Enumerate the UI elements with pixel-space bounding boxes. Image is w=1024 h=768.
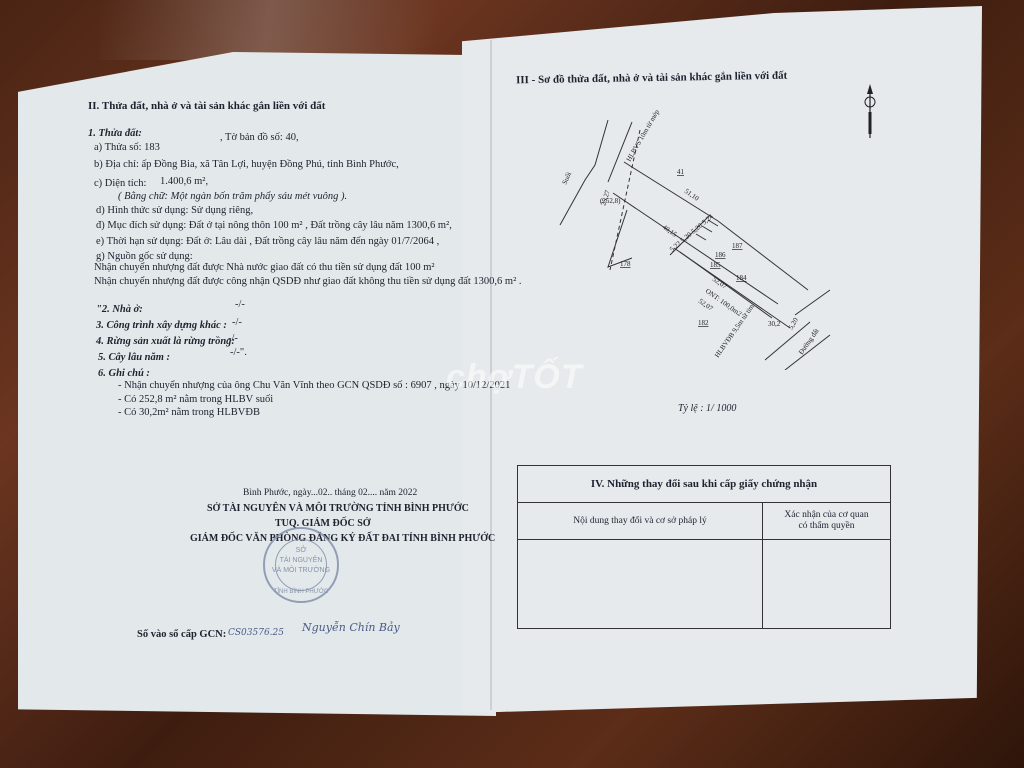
svg-text:186: 186 — [715, 251, 726, 259]
item-house-value: -/- — [235, 299, 245, 311]
usage-term: e) Thời hạn sử dụng: Đất ở: Lâu dài , Đấ… — [96, 236, 439, 248]
signing-date: Bình Phước, ngày...02.. tháng 02.... năm… — [243, 487, 417, 499]
origin-line-1: Nhận chuyển nhượng đất được Nhà nước gia… — [94, 262, 435, 274]
notes-title: 6. Ghi chú : — [98, 368, 150, 380]
changes-table-title: IV. Những thay đổi sau khi cấp giấy chứn… — [518, 466, 890, 503]
issuing-agency: SỞ TÀI NGUYÊN VÀ MÔI TRƯỜNG TỈNH BÌNH PH… — [207, 503, 469, 515]
svg-text:178: 178 — [620, 260, 631, 268]
area-label: c) Diện tích: — [94, 178, 146, 190]
item-construction-value: -/- — [232, 317, 242, 329]
change-content-cell — [518, 540, 763, 628]
svg-text:5,20: 5,20 — [787, 316, 800, 331]
changes-table: IV. Những thay đổi sau khi cấp giấy chứn… — [517, 465, 891, 629]
svg-text:185: 185 — [710, 261, 721, 269]
svg-text:HLBVS 10m từ mép: HLBVS 10m từ mép — [625, 108, 661, 163]
item-construction-label: 3. Công trình xây dựng khác : — [96, 320, 227, 332]
item-perennial-value: -/-". — [230, 347, 247, 359]
item-forest-label: 4. Rừng sản xuất là rừng trồng: — [96, 336, 235, 348]
note-2: - Có 252,8 m² nằm trong HLBV suối — [118, 394, 273, 406]
svg-text:30,2: 30,2 — [768, 320, 781, 328]
table-glare — [100, 0, 520, 60]
item-house-label: "2. Nhà ở: — [96, 304, 143, 316]
scale-label: Tỷ lệ : 1/ 1000 — [678, 403, 736, 415]
changes-table-header: Nội dung thay đổi và cơ sở pháp lý Xác n… — [518, 503, 890, 540]
chotot-watermark: chợTỐT — [446, 358, 583, 397]
usage-purpose: đ) Mục đích sử dụng: Đất ở tại nông thôn… — [96, 220, 452, 232]
signature: Nguyễn Chín Bảy — [302, 622, 400, 634]
svg-text:52,07: 52,07 — [711, 275, 729, 291]
map-sheet-number: , Tờ bản đồ số: 40, — [220, 132, 299, 144]
changes-table-body — [518, 540, 890, 628]
area-in-words: ( Bằng chữ: Một ngàn bốn trăm phẩy sáu m… — [118, 191, 347, 203]
svg-text:40,15: 40,15 — [661, 223, 679, 239]
svg-text:187: 187 — [732, 242, 743, 250]
office-director: GIÁM ĐỐC VĂN PHÒNG ĐĂNG KÝ ĐẤT ĐAI TỈNH … — [190, 533, 495, 545]
parcel-diagram: Suối HLBVS 10m từ mép 25,27 (252,8) 51,1… — [540, 80, 880, 370]
item-forest-value: -/- — [228, 333, 238, 345]
svg-text:41: 41 — [677, 168, 685, 176]
column-authority-confirmation: Xác nhận của cơ quancó thẩm quyền — [763, 503, 890, 539]
authority-confirmation-cell — [763, 540, 890, 628]
svg-text:182: 182 — [698, 319, 709, 327]
origin-line-2: Nhận chuyển nhượng đất được công nhận QS… — [94, 276, 522, 288]
item-perennial-label: 5. Cây lâu năm : — [98, 352, 170, 364]
address: b) Địa chỉ: ấp Đồng Bia, xã Tân Lợi, huy… — [94, 159, 399, 171]
column-change-content: Nội dung thay đổi và cơ sở pháp lý — [518, 503, 763, 539]
svg-text:(252,8): (252,8) — [600, 197, 621, 205]
parcel-number: a) Thửa số: 183 — [94, 142, 160, 154]
note-3: - Có 30,2m² nằm trong HLBVĐB — [118, 407, 260, 419]
usage-form: d) Hình thức sử dụng: Sử dụng riêng, — [96, 205, 253, 217]
official-seal: SỞ TÀI NGUYÊN VÀ MÔI TRƯỜNG TỈNH BÌNH PH… — [263, 527, 339, 603]
gcn-register-label: Số vào sổ cấp GCN: — [137, 629, 226, 641]
svg-text:184: 184 — [736, 274, 747, 282]
section2-title: II. Thửa đất, nhà ở và tài sản khác gắn … — [88, 100, 325, 112]
gcn-register-number: CS03576.25 — [228, 627, 284, 639]
svg-text:52,07: 52,07 — [697, 297, 715, 313]
sub1-title: 1. Thửa đất: — [88, 128, 142, 140]
area-value: 1.400,6 m², — [160, 176, 208, 188]
north-arrow-icon — [865, 84, 875, 138]
svg-text:Suối: Suối — [561, 171, 574, 186]
